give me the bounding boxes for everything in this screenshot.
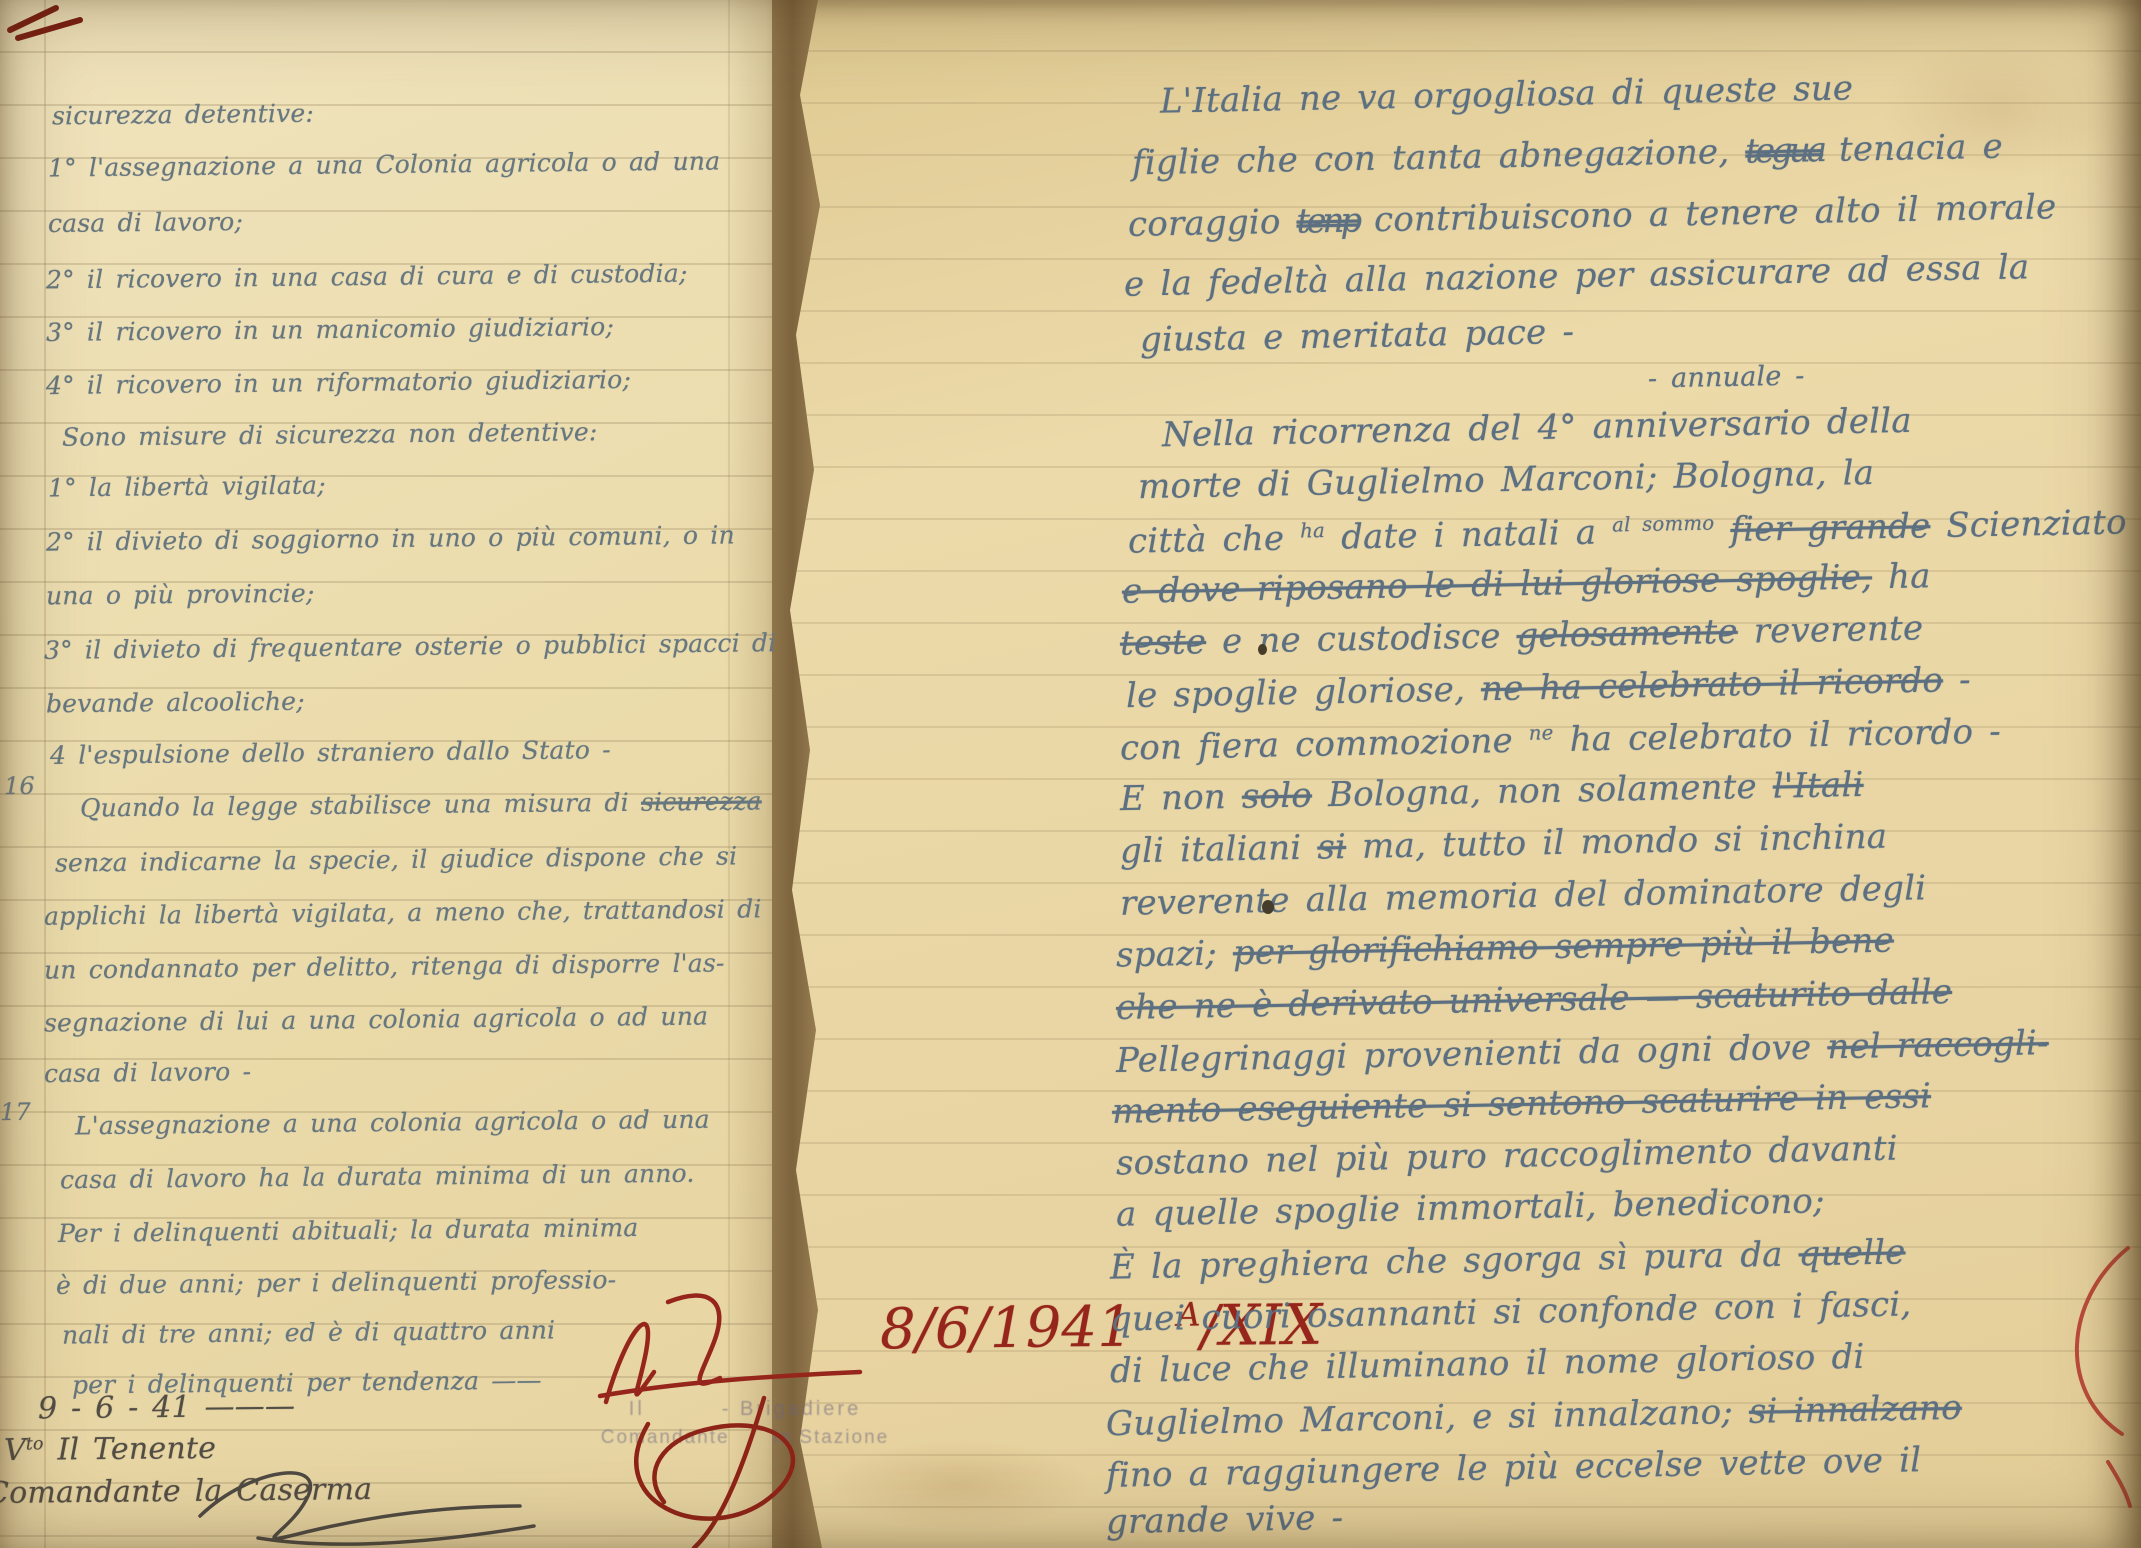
manuscript-line: mento eseguiente si sentono scaturire in… xyxy=(1112,1076,1932,1132)
manuscript-line: sostano nel più puro raccoglimento davan… xyxy=(1116,1128,1898,1183)
stamp-line-1: Il - Brigadiere xyxy=(575,1398,915,1421)
manuscript-line: morte di Guglielmo Marconi; Bologna, la xyxy=(1138,453,1875,507)
manuscript-scan: sicurezza detentive:1° l'assegnazione a … xyxy=(0,0,2141,1548)
manuscript-line: giusta e meritata pace - xyxy=(1140,312,1575,360)
paper-hole-speck xyxy=(1258,644,1267,655)
right-page-handwriting: L'Italia ne va orgogliosa di queste suef… xyxy=(0,0,2141,1548)
manuscript-line: quei cuori osannanti si confonde con i f… xyxy=(1110,1284,1912,1339)
manuscript-line: Guglielmo Marconi, e si innalzano; si in… xyxy=(1106,1388,1963,1444)
manuscript-line: È la preghiera che sgorga sì pura da que… xyxy=(1110,1232,1906,1287)
manuscript-line: E non solo Bologna, non solamente l'Ital… xyxy=(1120,765,1864,819)
manuscript-line: spazi; per glorifichiamo sempre più il b… xyxy=(1116,921,1895,976)
manuscript-line: che ne è derivato universale — scaturito… xyxy=(1116,972,1953,1028)
manuscript-line: L'Italia ne va orgogliosa di queste sue xyxy=(1160,68,1854,121)
manuscript-line: con fiera commozione ne ha celebrato il … xyxy=(1120,712,2002,769)
manuscript-line: Nella ricorrenza del 4° anniversario del… xyxy=(1162,401,1912,455)
manuscript-line: reverente alla memoria del dominatore de… xyxy=(1120,868,1927,923)
manuscript-line: le spoglie gloriose, ne ha celebrato il … xyxy=(1126,660,1971,716)
manuscript-line: grande vive - xyxy=(1106,1498,1344,1543)
manuscript-line: teste e ne custodisce gelosamente revere… xyxy=(1120,608,1924,663)
manuscript-line: a quelle spoglie immortali, benedicono; xyxy=(1116,1181,1825,1235)
manuscript-line: Pellegrinaggi provenienti da ogni dove n… xyxy=(1116,1023,2049,1081)
manuscript-line: di luce che illuminano il nome glorioso … xyxy=(1110,1337,1865,1391)
manuscript-line: fino a raggiungere le più eccelse vette … xyxy=(1106,1440,1922,1496)
paper-hole-speck xyxy=(1262,900,1274,914)
manuscript-line: e dove riposano le di lui gloriose spogl… xyxy=(1122,556,1931,612)
manuscript-line: - annuale - xyxy=(1648,360,1805,394)
station-commander-stamp: Il - Brigadiere Comandante la Stazione xyxy=(575,1398,915,1449)
manuscript-line: coraggio tenp contribuiscono a tenere al… xyxy=(1128,187,2057,245)
manuscript-line: gli italiani si ma, tutto il mondo si in… xyxy=(1120,817,1888,872)
stamp-line-2: Comandante la Stazione xyxy=(575,1427,915,1449)
manuscript-line: città che ha date i natali a al sommo fi… xyxy=(1128,502,2127,561)
manuscript-line: figlie che con tanta abnegazione, tegua … xyxy=(1132,127,2004,184)
manuscript-line: e la fedeltà alla nazione per assicurare… xyxy=(1124,247,2030,304)
